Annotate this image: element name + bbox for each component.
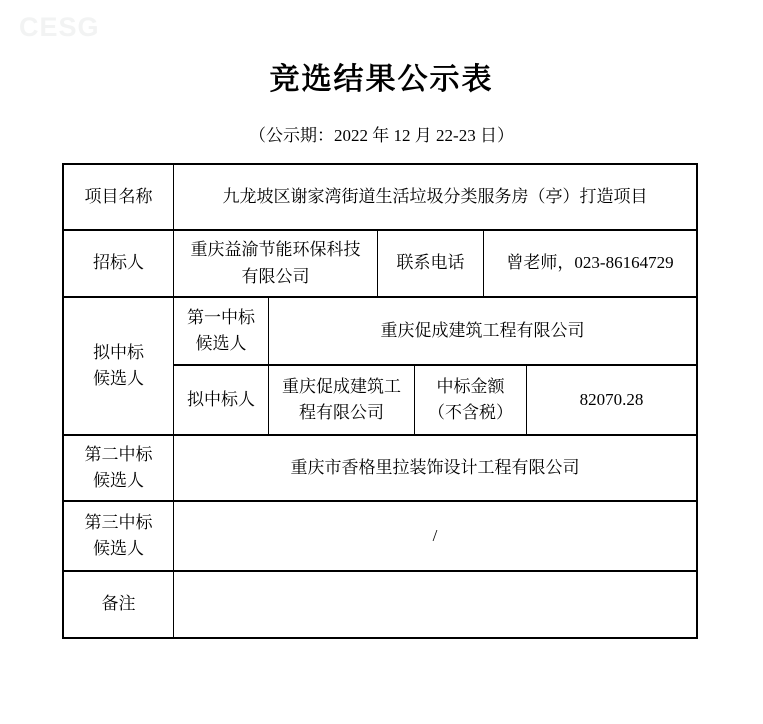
table-row-remark: 备注 [64, 572, 696, 637]
first-candidate-label: 第一中标 候选人 [174, 298, 269, 364]
candidates-group-cells: 第一中标 候选人 重庆促成建筑工程有限公司 拟中标人 重庆促成建筑工 程有限公司… [174, 298, 696, 434]
first-candidate-value: 重庆促成建筑工程有限公司 [269, 298, 696, 364]
contact-phone-label: 联系电话 [378, 231, 484, 296]
bid-amount-value: 82070.28 [527, 366, 696, 434]
second-candidate-label: 第二中标 候选人 [64, 436, 174, 500]
second-candidate-value: 重庆市香格里拉装饰设计工程有限公司 [174, 436, 696, 500]
watermark: CESG [19, 12, 100, 43]
result-table: 项目名称 九龙坡区谢家湾街道生活垃圾分类服务房（亭）打造项目 招标人 重庆益渝节… [62, 163, 698, 639]
bid-amount-label: 中标金额 （不含税） [415, 366, 527, 434]
third-candidate-label: 第三中标 候选人 [64, 502, 174, 570]
third-candidate-value: / [174, 502, 696, 570]
publicity-period-subtitle: （公示期：2022 年 12 月 22-23 日） [0, 125, 763, 147]
table-subrow-first-candidate: 第一中标 候选人 重庆促成建筑工程有限公司 [174, 298, 696, 366]
contact-phone-value: 曾老师，023-86164729 [484, 231, 696, 296]
remark-value [174, 572, 696, 637]
tenderee-label: 招标人 [64, 231, 174, 296]
table-row-tenderee: 招标人 重庆益渝节能环保科技 有限公司 联系电话 曾老师，023-8616472… [64, 231, 696, 298]
table-subrow-proposed-winner: 拟中标人 重庆促成建筑工 程有限公司 中标金额 （不含税） 82070.28 [174, 366, 696, 434]
tenderee-value: 重庆益渝节能环保科技 有限公司 [174, 231, 378, 296]
table-row-project-name: 项目名称 九龙坡区谢家湾街道生活垃圾分类服务房（亭）打造项目 [64, 165, 696, 231]
page-title: 竞选结果公示表 [0, 0, 763, 98]
candidates-group-label: 拟中标 候选人 [64, 298, 174, 434]
table-row-third-candidate: 第三中标 候选人 / [64, 502, 696, 572]
project-name-value: 九龙坡区谢家湾街道生活垃圾分类服务房（亭）打造项目 [174, 165, 696, 229]
table-row-second-candidate: 第二中标 候选人 重庆市香格里拉装饰设计工程有限公司 [64, 436, 696, 502]
proposed-winner-value: 重庆促成建筑工 程有限公司 [269, 366, 415, 434]
project-name-label: 项目名称 [64, 165, 174, 229]
proposed-winner-label: 拟中标人 [174, 366, 269, 434]
table-row-candidates-group: 拟中标 候选人 第一中标 候选人 重庆促成建筑工程有限公司 拟中标人 重庆促成建… [64, 298, 696, 436]
remark-label: 备注 [64, 572, 174, 637]
document-page: CESG 竞选结果公示表 （公示期：2022 年 12 月 22-23 日） 项… [0, 0, 763, 724]
